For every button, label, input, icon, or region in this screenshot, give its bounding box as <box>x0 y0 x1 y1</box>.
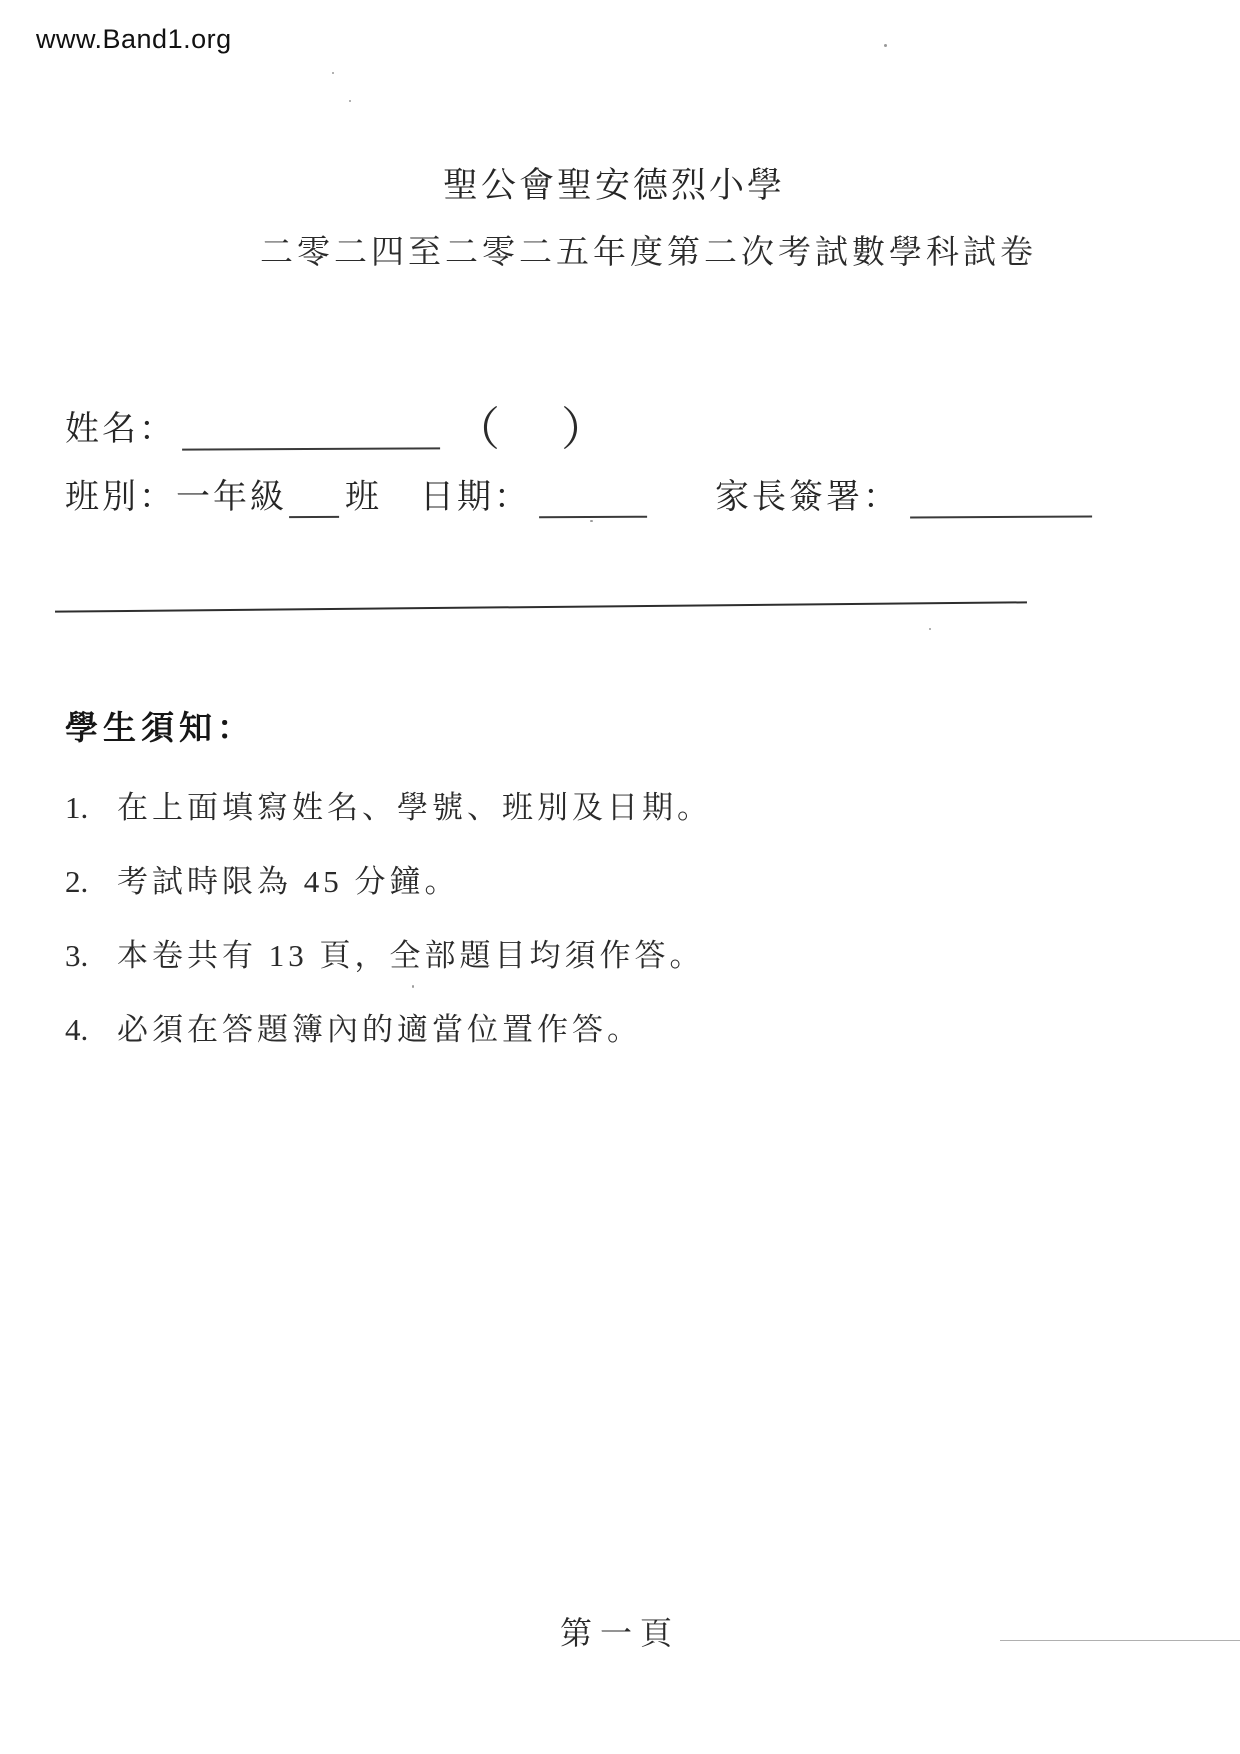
class-suffix: 班 <box>345 469 382 518</box>
scan-speck <box>590 520 593 522</box>
name-label: 姓名： <box>65 401 176 450</box>
class-label: 班別： <box>65 469 176 518</box>
scan-speck <box>884 44 887 47</box>
scan-speck <box>929 628 931 630</box>
exam-title: 二零二四至二零二五年度第二次考試數學科試卷 <box>260 226 1037 273</box>
instruction-text: 本卷共有 13 頁，全部題目均須作答。 <box>117 930 705 975</box>
watermark-url: www.Band1.org <box>36 24 232 55</box>
name-blank-line <box>182 407 440 450</box>
exam-paper-page: www.Band1.org 聖公會聖安德烈小學 二零二四至二零二五年度第二次考試… <box>0 0 1240 1754</box>
scan-speck <box>412 985 414 988</box>
student-notes-heading: 學生須知： <box>65 702 255 749</box>
instruction-number: 4. <box>65 1012 117 1048</box>
date-label: 日期： <box>420 469 531 518</box>
instruction-number: 1. <box>65 790 117 826</box>
parent-signature-label: 家長簽署： <box>715 469 900 518</box>
bottom-right-scan-line <box>1000 1640 1240 1641</box>
class-date-form-row: 班別： 一年級 班 日期： 家長簽署： <box>65 470 1092 518</box>
instruction-text: 在上面填寫姓名、學號、班別及日期。 <box>117 782 712 827</box>
grade-text: 一年級 <box>176 469 287 518</box>
page-number-footer: 第一頁 <box>0 1608 1240 1654</box>
school-name-title: 聖公會聖安德烈小學 <box>443 158 785 208</box>
scan-speck <box>349 100 351 102</box>
name-form-row: 姓名： （ ） <box>65 402 610 450</box>
instruction-item-1: 1. 在上面填寫姓名、學號、班別及日期。 <box>65 782 712 827</box>
parent-signature-blank-line <box>910 476 1092 519</box>
instruction-item-3: 3. 本卷共有 13 頁，全部題目均須作答。 <box>65 930 705 975</box>
class-number-paren-close: ） <box>561 410 610 450</box>
class-blank-line <box>289 476 339 518</box>
header-divider-line <box>55 601 1027 612</box>
date-blank-line <box>539 476 647 519</box>
instruction-text: 必須在答題簿內的適當位置作答。 <box>117 1004 642 1049</box>
instruction-item-4: 4. 必須在答題簿內的適當位置作答。 <box>65 1004 642 1049</box>
instruction-text: 考試時限為 45 分鐘。 <box>117 856 460 901</box>
class-number-paren-open: （ <box>454 410 503 450</box>
instruction-item-2: 2. 考試時限為 45 分鐘。 <box>65 856 460 901</box>
scan-speck <box>332 72 334 74</box>
instruction-number: 2. <box>65 864 117 900</box>
instruction-number: 3. <box>65 938 117 974</box>
